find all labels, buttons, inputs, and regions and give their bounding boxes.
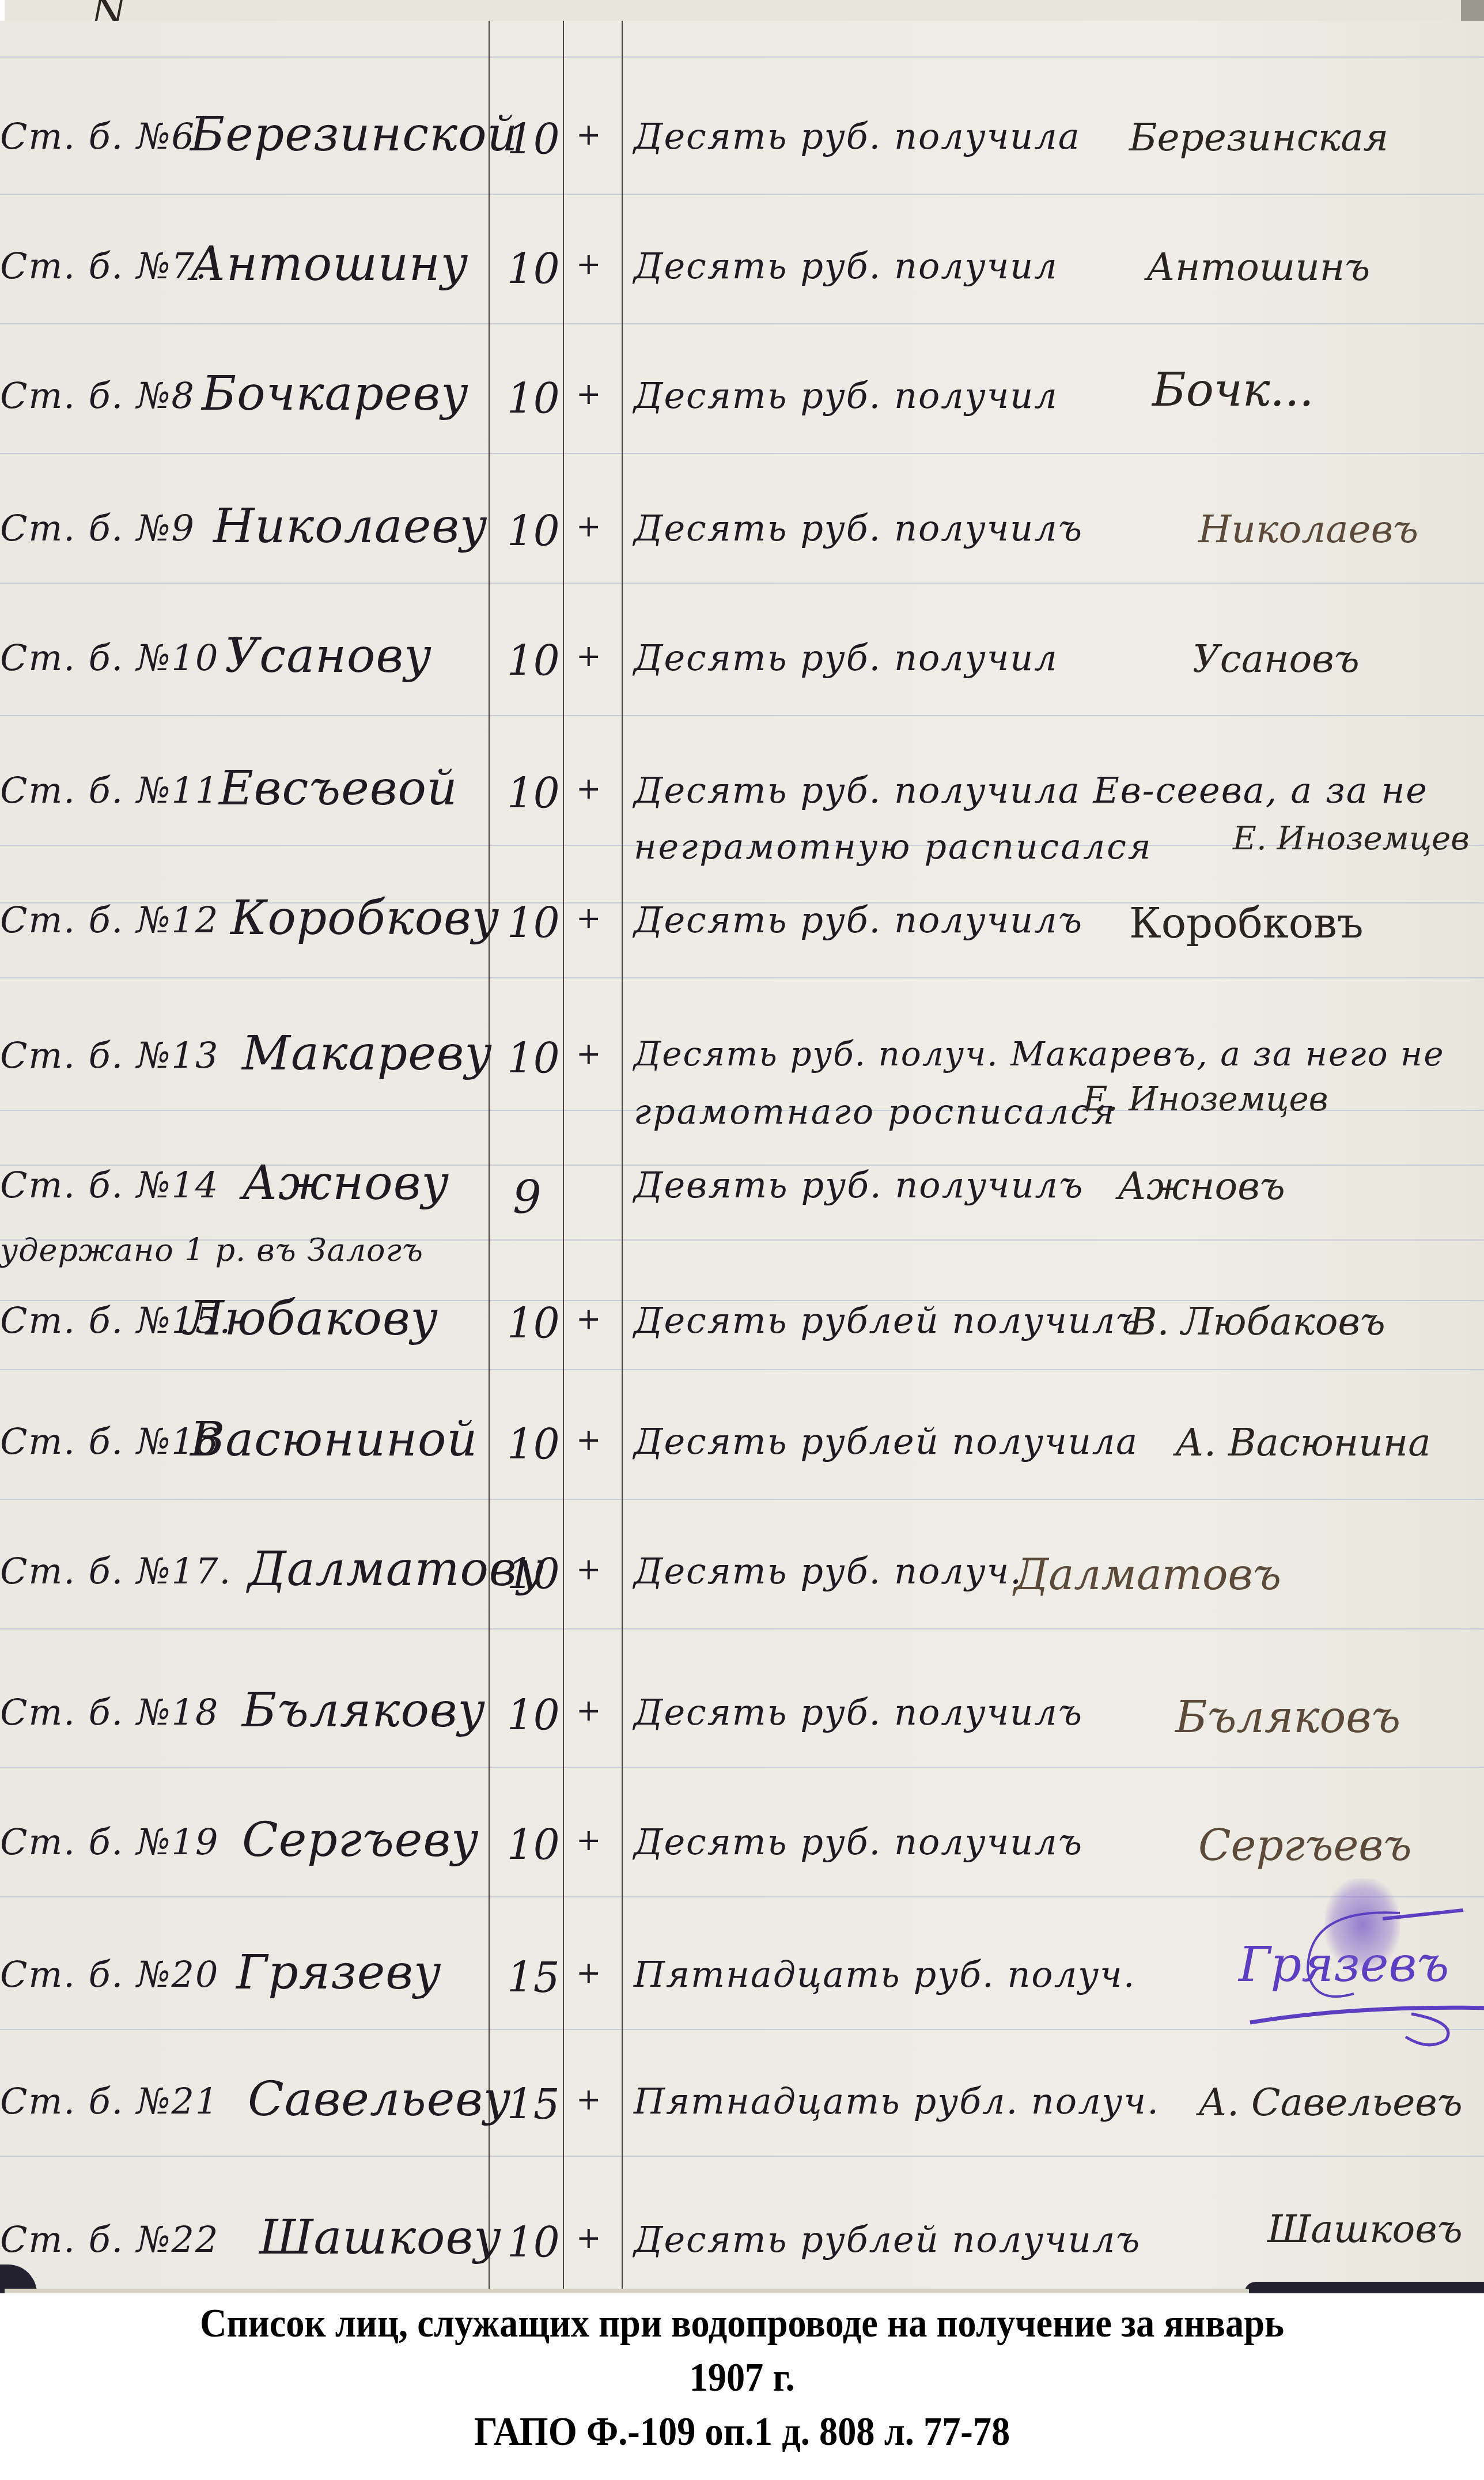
signature: Бъляковъ (1175, 1691, 1400, 1742)
ledger-row: Ст. б. №13 Макареву 10 + Десять руб. пол… (0, 1034, 1484, 1092)
signature: Шашковъ (1267, 2207, 1463, 2251)
amount: 10 (507, 899, 560, 947)
check-mark: + (576, 1552, 601, 1587)
ruled-line (0, 323, 1484, 324)
receipt-text: Десять руб. получилъ (634, 1821, 1083, 1863)
check-mark: + (576, 118, 601, 152)
check-mark: + (576, 247, 601, 282)
ledger-row: Ст. б. №12 Коробкову 10 + Десять руб. по… (0, 899, 1484, 957)
receipt-text: Пятнадцать рубл. получ. (634, 2080, 1160, 2122)
receipt-text: Десять руб. получил (634, 637, 1058, 679)
signature: Далматовъ (1014, 1550, 1281, 1600)
staff-number: Ст. б. №18 (0, 1691, 219, 1733)
ruled-line (0, 1369, 1484, 1370)
receipt-text: Десять руб. получилъ (634, 899, 1083, 941)
check-mark: + (576, 639, 601, 674)
staff-number: Ст. б. №16 (0, 1420, 219, 1462)
surname: Николаеву (213, 499, 488, 554)
archive-caption: Список лиц, служащих при водопроводе на … (0, 2293, 1484, 2480)
surname: Антошину (190, 237, 468, 292)
staff-number: Ст. б. №9 (0, 507, 195, 549)
receipt-text: Пятнадцать руб. получ. (634, 1953, 1135, 1995)
ruled-line (0, 583, 1484, 584)
receipt-text: Десять рублей получилъ (634, 2218, 1141, 2260)
surname: Шашкову (259, 2210, 502, 2265)
surname: Далматову (248, 1542, 545, 1597)
surname: Грязеву (236, 1945, 442, 2000)
column-rule-amount-right (563, 21, 564, 2289)
ledger-row: Ст. б. №11 Евсъевой 10 + Десять руб. пол… (0, 769, 1484, 827)
staff-number: Ст. б. №12 (0, 899, 219, 941)
staff-number: Ст. б. №17. (0, 1550, 232, 1592)
amount: 10 (507, 1299, 560, 1348)
ledger-row: Ст. б. №8 Бочкареву 10 + Десять руб. пол… (0, 375, 1484, 432)
previous-page-strip: N (5, 0, 1484, 23)
signature: Усановъ (1192, 637, 1360, 681)
amount: 15 (507, 1953, 560, 2002)
amount: 10 (507, 1550, 560, 1598)
surname: Усанову (225, 629, 432, 683)
surname: Савельеву (248, 2072, 512, 2127)
signature: В. Любаковъ (1129, 1299, 1385, 1344)
staff-number: Ст. б. №22 (0, 2218, 219, 2260)
surname: Макареву (242, 1026, 493, 1081)
check-mark: + (576, 2082, 601, 2117)
check-mark: + (576, 509, 601, 544)
surname: Любакову (184, 1291, 438, 1346)
check-mark: + (576, 1302, 601, 1336)
caption-title: Список лиц, служащих при водопроводе на … (59, 2297, 1425, 2351)
witness-signature: Е. Иноземцев (1233, 820, 1470, 857)
amount: 10 (507, 375, 560, 423)
ledger-row: Ст. б. №21 Савельеву 15 + Пятнадцать руб… (0, 2080, 1484, 2138)
surname: Евсъевой (219, 761, 458, 816)
staff-number: Ст. б. №10 (0, 637, 219, 679)
ledger-row: Ст. б. №17. Далматову 10 + Десять руб. п… (0, 1550, 1484, 1608)
signature: Николаевъ (1198, 507, 1418, 551)
deduction-note: удержано 1 р. въ Залогъ (0, 1232, 423, 1268)
next-page-strip (5, 2289, 1249, 2293)
ruled-line (0, 1767, 1484, 1768)
column-rule-receipt-left (622, 21, 623, 2289)
receipt-text: Десять рублей получила (634, 1420, 1138, 1462)
check-mark: + (576, 1693, 601, 1728)
staff-number: Ст. б. №19 (0, 1821, 219, 1863)
ledger-row: Ст. б. №14 Ажнову 9 Девять руб. получилъ… (0, 1164, 1484, 1222)
amount: 10 (507, 769, 560, 818)
ledger-row: Ст. б. №18 Бъляковy 10 + Десять руб. пол… (0, 1691, 1484, 1749)
amount: 10 (507, 1034, 560, 1083)
ledger-row: Ст. б. №6 Березинской 10 + Десять руб. п… (0, 115, 1484, 173)
staff-number: Ст. б. №13 (0, 1034, 219, 1076)
receipt-text: Десять руб. получилъ (634, 1691, 1083, 1733)
receipt-text: Десять руб. получила Ев-сеева, а за не (634, 769, 1428, 811)
staff-number: Ст. б. №20 (0, 1953, 219, 1995)
amount: 15 (507, 2080, 560, 2129)
ledger-row: Ст. б. №9 Николаеву 10 + Десять руб. пол… (0, 507, 1484, 565)
surname: Ажнову (242, 1156, 449, 1211)
amount: 9 (513, 1172, 542, 1224)
amount: 10 (507, 637, 560, 685)
check-mark: + (576, 377, 601, 411)
ruled-line (0, 977, 1484, 978)
caption-archive-reference: ГАПО Ф.-109 оп.1 д. 808 л. 77-78 (59, 2405, 1425, 2459)
receipt-text: Девять руб. получилъ (634, 1164, 1084, 1206)
staff-number: Ст. б. №21 (0, 2080, 219, 2122)
staff-number: Ст. б. №14 (0, 1164, 219, 1206)
page-edge-shadow (1461, 0, 1484, 23)
signature: Березинская (1129, 115, 1388, 160)
amount: 10 (507, 1420, 560, 1469)
violet-signature-flourish-icon (1239, 1884, 1484, 2051)
receipt-text: Десять руб. получ. Макаревъ, а за него н… (634, 1034, 1445, 1073)
ruled-line (0, 1499, 1484, 1500)
staff-number: Ст. б. №6 (0, 115, 195, 157)
ruled-line (0, 194, 1484, 195)
check-mark: + (576, 901, 601, 936)
amount: 10 (507, 2218, 560, 2267)
receipt-text: Десять руб. получ. (634, 1550, 1023, 1592)
ledger-row: Ст. б. №7. Антошину 10 + Десять руб. пол… (0, 245, 1484, 303)
surname: Сергъеву (242, 1813, 479, 1867)
witness-signature: Е. Иноземцев (1083, 1079, 1328, 1118)
ruled-line (0, 715, 1484, 716)
receipt-text: Десять рублей получилъ (634, 1299, 1141, 1341)
ruled-line (0, 56, 1484, 58)
receipt-text: Десять руб. получила (634, 115, 1081, 157)
ruled-line (0, 1628, 1484, 1630)
signature: А. Савельевъ (1198, 2080, 1463, 2124)
ledger-row: Ст. б. №16 Васюниной 10 + Десять рублей … (0, 1420, 1484, 1478)
surname: Березинской (190, 107, 518, 162)
surname: Бъляковy (242, 1683, 485, 1738)
caption-year: 1907 г. (59, 2351, 1425, 2405)
staff-number: Ст. б. №11 (0, 769, 219, 811)
surname: Васюниной (190, 1412, 478, 1467)
receipt-text-line2: грамотнаго росписался (634, 1092, 1116, 1132)
amount: 10 (507, 1691, 560, 1740)
ledger-row: Ст. б. №19 Сергъеву 10 + Десять руб. пол… (0, 1821, 1484, 1878)
ruled-line (0, 2156, 1484, 2157)
receipt-text: Десять руб. получилъ (634, 507, 1083, 549)
ledger-row: Ст. б. №10 Усанову 10 + Десять руб. полу… (0, 637, 1484, 694)
check-mark: + (576, 772, 601, 806)
receipt-text: Десять руб. получил (634, 375, 1058, 417)
staff-number: Ст. б. №7. (0, 245, 208, 287)
check-mark: + (576, 2221, 601, 2255)
signature: А. Васюнина (1175, 1420, 1431, 1465)
amount: 10 (507, 507, 560, 555)
signature: Ажновъ (1118, 1164, 1285, 1208)
amount: 10 (507, 245, 560, 293)
check-mark: + (576, 1823, 601, 1858)
column-rule-amount-left (489, 21, 490, 2289)
staff-number: Ст. б. №8 (0, 375, 195, 417)
receipt-text: Десять руб. получил (634, 245, 1058, 287)
surname: Бочкареву (202, 366, 469, 421)
amount: 10 (507, 1821, 560, 1869)
scan-corner-shadow (1244, 2282, 1484, 2293)
check-mark: + (576, 1037, 601, 1071)
signature: Коробковъ (1129, 899, 1364, 947)
amount: 10 (507, 115, 560, 164)
ledger-row: Ст. б. №22 Шашкову 10 + Десять рублей по… (0, 2218, 1484, 2276)
receipt-text-line2: неграмотную расписался (634, 827, 1153, 867)
signature: Бочк... (1152, 363, 1314, 417)
signature: Антошинъ (1146, 245, 1370, 289)
check-mark: + (576, 1956, 601, 1990)
signature: Сергъевъ (1198, 1821, 1412, 1870)
check-mark: + (576, 1423, 601, 1457)
ledger-row: Ст. б. №15. Любакову 10 + Десять рублей … (0, 1299, 1484, 1357)
surname: Коробкову (230, 891, 499, 946)
ruled-line (0, 453, 1484, 454)
